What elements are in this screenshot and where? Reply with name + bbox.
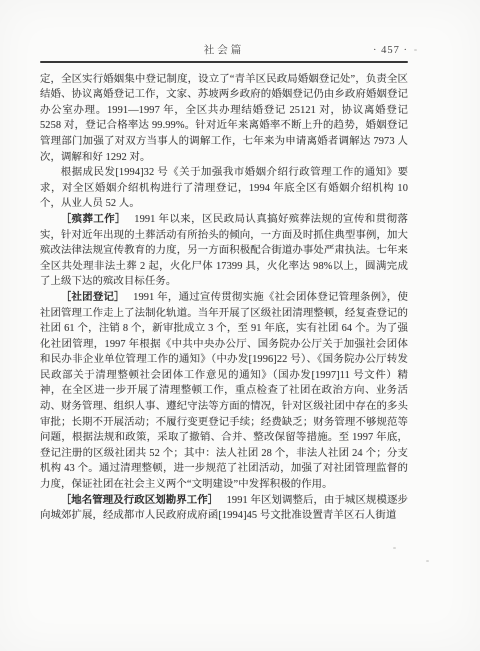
- section-heading-association-registration: ［社团登记］: [61, 292, 125, 303]
- paragraph-funeral-work: ［殡葬工作］1991 年以来，区民政局认真搞好殡葬法规的宣传和贯彻落实，针对近年…: [40, 212, 408, 290]
- paragraph-marriage-registration: 定，全区实行婚姻集中登记制度，设立了“青羊区民政局婚姻登记处”，负责全区结婚、协…: [40, 72, 408, 166]
- section-heading-place-names-boundary: ［地名管理及行政区划勘界工作］: [61, 495, 219, 506]
- section-heading-funeral-work: ［殡葬工作］: [61, 214, 126, 225]
- paragraph-text: 1991 年，通过宣传贯彻实施《社会团体登记管理条例》，使社团管理工作走上了法制…: [40, 292, 408, 490]
- paragraph-place-names-boundary: ［地名管理及行政区划勘界工作］1991 年区划调整后，由于城区规模逐步向城郊扩展…: [40, 493, 408, 524]
- body-text: 定，全区实行婚姻集中登记制度，设立了“青羊区民政局婚姻登记处”，负责全区结婚、协…: [40, 72, 408, 524]
- chapter-title: 社会篇: [204, 45, 245, 57]
- paragraph-matchmaking-agencies: 根据成民发[1994]32 号《关于加强我市婚姻介绍行政管理工作的通知》要求，对…: [40, 165, 408, 212]
- running-head: 社会篇 · 457 ·: [40, 45, 408, 57]
- page-content: 社会篇 · 457 · 定，全区实行婚姻集中登记制度，设立了“青羊区民政局婚姻登…: [40, 45, 408, 524]
- header-rule: [40, 61, 408, 63]
- scan-speck: [414, 49, 417, 51]
- scan-speck: [393, 547, 396, 549]
- paragraph-text: 根据成民发[1994]32 号《关于加强我市婚姻介绍行政管理工作的通知》要求，对…: [40, 167, 408, 209]
- scanned-document-page: 社会篇 · 457 · 定，全区实行婚姻集中登记制度，设立了“青羊区民政局婚姻登…: [0, 0, 480, 651]
- scan-speck: [426, 560, 429, 562]
- page-number: · 457 ·: [373, 45, 408, 57]
- paragraph-text: 定，全区实行婚姻集中登记制度，设立了“青羊区民政局婚姻登记处”，负责全区结婚、协…: [40, 74, 408, 163]
- paragraph-association-registration: ［社团登记］1991 年，通过宣传贯彻实施《社会团体登记管理条例》，使社团管理工…: [40, 290, 408, 493]
